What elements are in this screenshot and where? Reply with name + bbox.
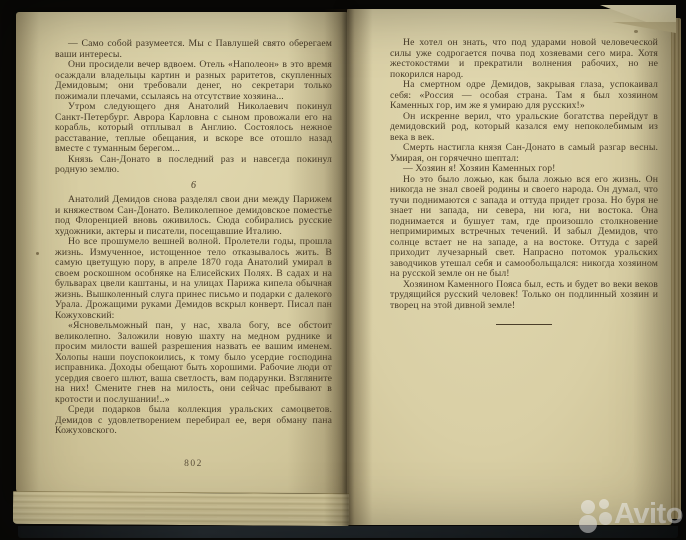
- paper-speck: [634, 30, 638, 33]
- paragraph: Но все прошумело вешней волной. Пролетел…: [55, 237, 332, 321]
- paragraph: Не хотел он знать, что под ударами новой…: [390, 38, 658, 80]
- paragraph: — Хозяин я! Хозяин Каменных гор!: [390, 164, 658, 175]
- avito-logo-icon: [599, 512, 612, 525]
- stacked-page-edges-bottom: [13, 491, 349, 526]
- avito-logo-icon: [599, 499, 609, 509]
- avito-watermark-label: Avito: [614, 496, 683, 532]
- paragraph: Он искренне верил, что уральские богатст…: [390, 112, 658, 144]
- paragraph: Среди подарков была коллекция уральских …: [55, 405, 332, 437]
- right-page-text: Не хотел он знать, что под ударами новой…: [390, 38, 658, 325]
- avito-logo-icon: [581, 500, 595, 514]
- avito-watermark: Avito: [570, 490, 682, 536]
- paragraph: «Ясновельможный пан, у нас, хвала богу, …: [55, 321, 332, 405]
- page-number: 802: [55, 459, 332, 469]
- paragraph: Анатолий Демидов снова разделял свои дни…: [55, 195, 332, 237]
- book-photo: — Само собой разумеется. Мы с Павлушей с…: [0, 0, 686, 540]
- section-number: 6: [55, 176, 332, 196]
- paragraph: На смертном одре Демидов, закрывая глаза…: [390, 80, 658, 112]
- paragraph: Хозяином Каменного Пояса был, есть и буд…: [390, 280, 658, 312]
- page-block-fore-edge: [671, 18, 681, 519]
- paragraph: — Само собой разумеется. Мы с Павлушей с…: [55, 39, 332, 60]
- end-divider: [496, 324, 552, 325]
- right-page: Не хотел он знать, что под ударами новой…: [347, 9, 672, 525]
- paragraph: Они просидели вечер вдвоем. Отель «Напол…: [55, 60, 332, 102]
- paragraph: Смерть настигла князя Сан-Донато в самый…: [390, 143, 658, 164]
- left-page-text: — Само собой разумеется. Мы с Павлушей с…: [55, 39, 332, 437]
- paragraph: Утром следующего дня Анатолий Николаевич…: [55, 102, 332, 155]
- avito-logo-icon: [579, 515, 597, 533]
- left-page: — Само собой разумеется. Мы с Павлушей с…: [16, 12, 347, 493]
- paragraph: Князь Сан-Донато в последний раз и навсе…: [55, 155, 332, 176]
- paper-speck: [36, 252, 39, 255]
- paragraph: Но это было ложью, как была ложью вся ег…: [390, 175, 658, 280]
